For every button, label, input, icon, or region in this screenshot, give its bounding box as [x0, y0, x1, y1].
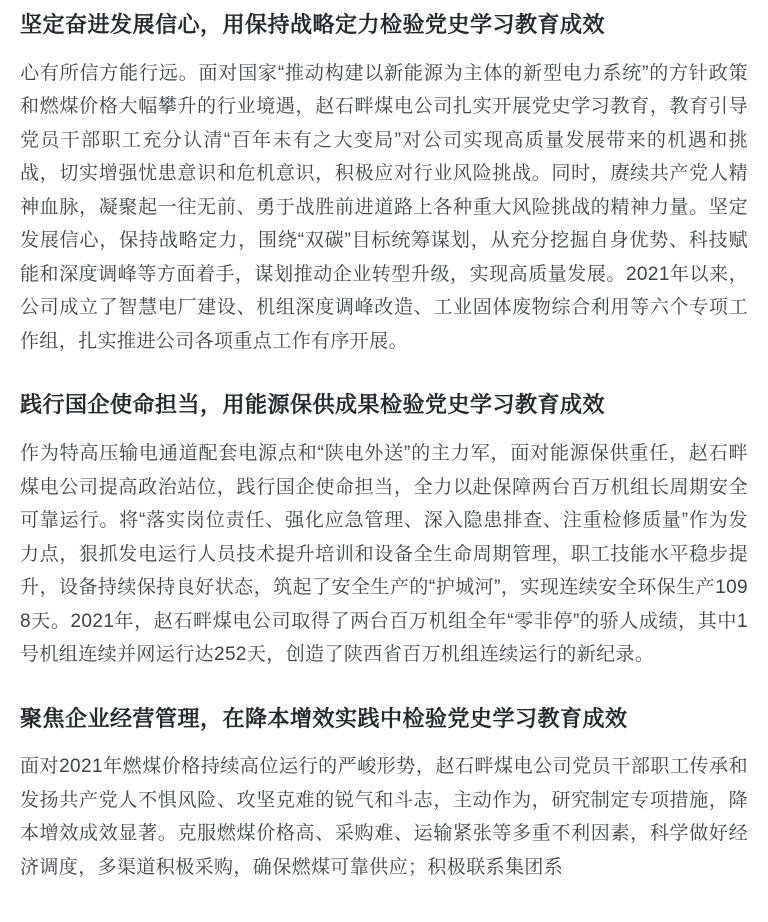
- section-3-paragraph: 面对2021年燃煤价格持续高位运行的严峻形势，赵石畔煤电公司党员干部职工传承和发…: [20, 750, 748, 884]
- article-section-1: 坚定奋进发展信心，用保持战略定力检验党史学习教育成效 心有所信方能行远。面对国家…: [20, 10, 748, 358]
- article-section-3: 聚焦企业经营管理，在降本增效实践中检验党史学习教育成效 面对2021年燃煤价格持…: [20, 704, 748, 885]
- section-1-paragraph: 心有所信方能行远。面对国家“推动构建以新能源为主体的新型电力系统”的方针政策和燃…: [20, 57, 748, 359]
- section-2-heading: 践行国企使命担当，用能源保供成果检验党史学习教育成效: [20, 390, 748, 421]
- article-body: 坚定奋进发展信心，用保持战略定力检验党史学习教育成效 心有所信方能行远。面对国家…: [0, 0, 768, 884]
- section-2-paragraph: 作为特高压输电通道配套电源点和“陕电外送”的主力军，面对能源保供重任，赵石畔煤电…: [20, 437, 748, 672]
- section-1-heading: 坚定奋进发展信心，用保持战略定力检验党史学习教育成效: [20, 10, 748, 41]
- section-3-heading: 聚焦企业经营管理，在降本增效实践中检验党史学习教育成效: [20, 704, 748, 735]
- article-section-2: 践行国企使命担当，用能源保供成果检验党史学习教育成效 作为特高压输电通道配套电源…: [20, 390, 748, 671]
